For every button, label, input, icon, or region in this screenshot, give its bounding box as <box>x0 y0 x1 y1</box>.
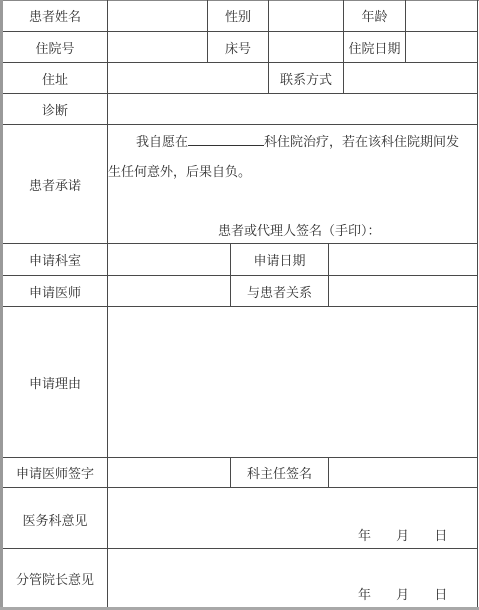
page-left-edge <box>0 0 3 610</box>
grid-line <box>0 62 478 63</box>
grid-line <box>0 457 478 458</box>
grid-line <box>107 0 108 608</box>
patient-signature-label: 患者或代理人签名（手印）： <box>218 220 381 239</box>
year-label: 年 <box>358 525 371 544</box>
month-label: 月 <box>396 525 409 544</box>
grid-line <box>230 457 231 487</box>
grid-line <box>328 243 329 306</box>
admission-date-field[interactable] <box>406 32 477 62</box>
apply-date-field[interactable] <box>329 244 477 275</box>
pledge-statement: 我自愿在科住院治疗，若在该科住院期间发 生任何意外，后果自负。 患者或代理人签名… <box>108 125 476 243</box>
director-sign-label: 科主任签名 <box>231 458 328 487</box>
bed-no-label: 床号 <box>208 32 268 62</box>
pledge-suffix: 科住院治疗，若在该科住院期间发 <box>264 135 459 150</box>
contact-field[interactable] <box>344 63 477 93</box>
age-label: 年龄 <box>344 0 405 31</box>
grid-line <box>0 31 478 32</box>
medical-affairs-date: 年 月 日 <box>358 525 447 544</box>
age-field[interactable] <box>406 0 477 31</box>
admission-no-field[interactable] <box>108 32 207 62</box>
pledge-label: 患者承诺 <box>3 125 107 243</box>
grid-line <box>0 275 478 276</box>
relation-field[interactable] <box>329 276 477 306</box>
dept-field[interactable] <box>108 244 230 275</box>
vp-opinion-label: 分管院长意见 <box>3 549 107 607</box>
grid-line <box>0 124 478 125</box>
month-label: 月 <box>396 584 409 603</box>
day-label: 日 <box>434 584 447 603</box>
admission-date-label: 住院日期 <box>344 32 405 62</box>
grid-line <box>0 243 478 244</box>
grid-line <box>0 0 479 1</box>
contact-label: 联系方式 <box>269 63 343 93</box>
grid-line <box>0 487 478 488</box>
director-sign-field[interactable] <box>329 458 477 487</box>
grid-line <box>207 0 208 62</box>
grid-line <box>230 243 231 306</box>
department-blank-field[interactable] <box>188 133 264 146</box>
gender-label: 性别 <box>208 0 268 31</box>
doctor-field[interactable] <box>108 276 230 306</box>
relation-label: 与患者关系 <box>231 276 328 306</box>
pledge-line-2: 生任何意外，后果自负。 <box>108 161 251 180</box>
pledge-line-1: 我自愿在科住院治疗，若在该科住院期间发 <box>136 131 459 150</box>
reason-field[interactable] <box>108 307 477 457</box>
gender-field[interactable] <box>269 0 343 31</box>
year-label: 年 <box>358 584 371 603</box>
doctor-sign-field[interactable] <box>108 458 230 487</box>
diagnosis-label: 诊断 <box>3 94 107 124</box>
bed-no-field[interactable] <box>269 32 343 62</box>
grid-line <box>0 548 478 549</box>
diagnosis-field[interactable] <box>108 94 477 124</box>
patient-name-label: 患者姓名 <box>3 0 107 31</box>
admission-no-label: 住院号 <box>3 32 107 62</box>
transfer-application-form: 患者姓名 性别 年龄 住院号 床号 住院日期 住址 联系方式 诊断 患者承诺 我… <box>0 0 479 610</box>
medical-affairs-label: 医务科意见 <box>3 488 107 548</box>
doctor-label: 申请医师 <box>3 276 107 306</box>
grid-line <box>268 0 269 93</box>
grid-line <box>0 93 478 94</box>
day-label: 日 <box>434 525 447 544</box>
pledge-prefix: 我自愿在 <box>136 135 188 150</box>
vp-opinion-date: 年 月 日 <box>358 584 447 603</box>
address-field[interactable] <box>108 63 268 93</box>
grid-line <box>405 0 406 62</box>
address-label: 住址 <box>3 63 107 93</box>
grid-line <box>343 0 344 93</box>
apply-date-label: 申请日期 <box>231 244 328 275</box>
doctor-sign-label: 申请医师签字 <box>3 458 107 487</box>
grid-line <box>328 457 329 487</box>
patient-name-field[interactable] <box>108 0 207 31</box>
grid-line <box>0 306 478 307</box>
dept-label: 申请科室 <box>3 244 107 275</box>
grid-line <box>477 0 478 608</box>
reason-label: 申请理由 <box>3 307 107 457</box>
